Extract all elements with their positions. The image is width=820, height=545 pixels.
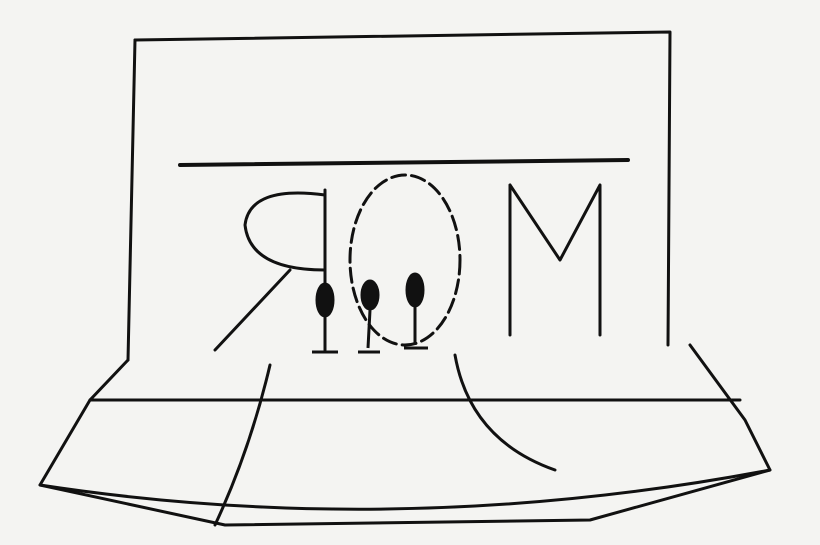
stage-sketch xyxy=(0,0,820,545)
stage-letters xyxy=(215,175,600,350)
performers xyxy=(312,274,428,352)
proscenium-top xyxy=(135,32,670,345)
